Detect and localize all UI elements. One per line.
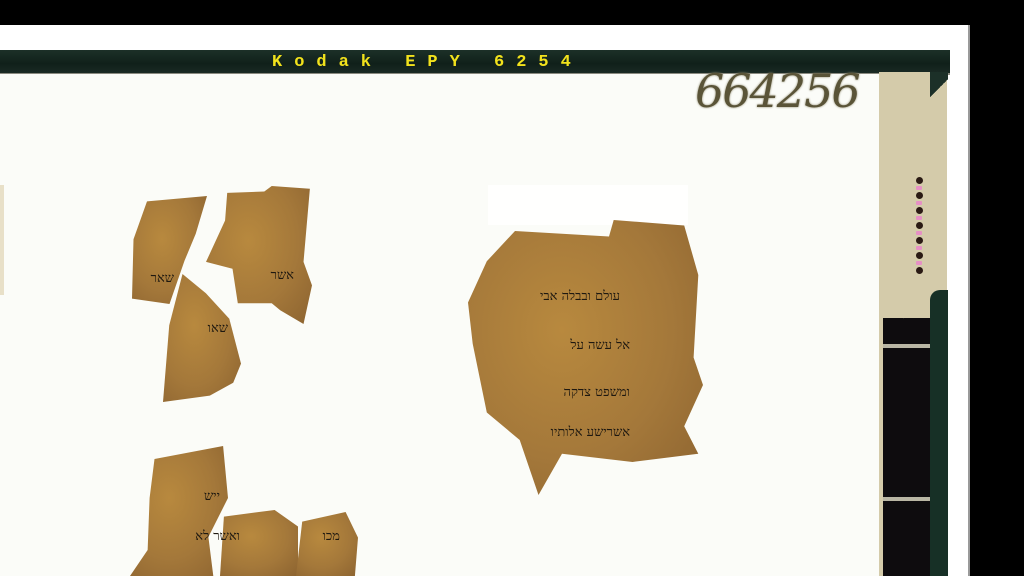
ruler-dot-icon (916, 237, 923, 244)
ruler-dot-icon (916, 267, 923, 274)
handwritten-catalog-number: 664256 (695, 64, 859, 118)
ruler-mark-icon (916, 246, 922, 250)
parchment-fragment-bottom-left-c (296, 512, 358, 576)
script-line: אל עשה על (470, 337, 630, 353)
ruler-dot-icon (916, 222, 923, 229)
ruler-dots (914, 177, 924, 274)
script-line: אשרישע אלותיו (495, 424, 630, 440)
left-paper-edge (0, 185, 4, 295)
ruler-mark-icon (916, 201, 922, 205)
script-line: שאר (134, 270, 174, 286)
script-line: ומשפט צדקה (475, 384, 630, 400)
script-line: ייש (150, 488, 220, 504)
photo-border-edge (968, 25, 970, 576)
ruler-dark-edge (930, 290, 948, 576)
script-line: אשר (224, 267, 294, 283)
mounting-tape (488, 185, 688, 225)
script-line: ואשר לא (160, 528, 240, 544)
ruler-mark-icon (916, 216, 922, 220)
scale-band-2 (883, 497, 930, 501)
ruler-mark-icon (916, 186, 922, 190)
ruler-mark-icon (916, 261, 922, 265)
ruler-dot-icon (916, 192, 923, 199)
script-line: שאו (168, 320, 228, 336)
scale-band-1 (883, 344, 930, 348)
ruler-dot-icon (916, 207, 923, 214)
script-line: עולם ובבלה אבי (485, 288, 620, 304)
ruler-mark-icon (916, 231, 922, 235)
black-scale-strip (883, 325, 930, 576)
ruler-dot-icon (916, 252, 923, 259)
film-stock-label: Kodak EPY 6254 (272, 53, 583, 72)
ruler-dot-icon (916, 177, 923, 184)
ruler-tab-corner (930, 72, 948, 104)
script-line: מכו (230, 528, 340, 544)
mounting-paper (0, 74, 880, 576)
